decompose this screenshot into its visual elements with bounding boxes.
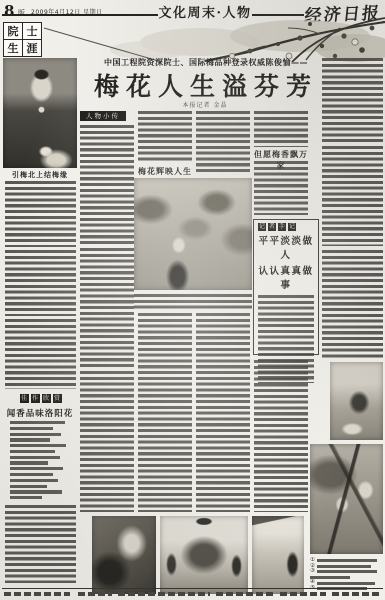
feature-tag: 佳 作 欣 赏 [5,394,76,403]
text-block [138,111,192,163]
orchard-photo [134,178,252,290]
text-block [5,181,76,247]
text-block [322,58,383,142]
footer-text-segment [280,592,326,596]
text-block [322,250,383,358]
text-block [5,250,76,316]
footer-text-segment [4,592,70,596]
portrait-photo [3,58,77,168]
headline-title: 梅花人生溢芬芳 [80,67,332,103]
orchard-photo-caption [134,294,252,309]
mid-subhead: 梅花辉映人生 [138,166,192,177]
feature-tag-char: 佳 [20,394,29,403]
feature-tag-char: 赏 [53,394,62,403]
text-block [5,505,76,583]
bottom-photo-2 [160,516,248,594]
text-block [80,248,134,368]
footer-text-segment [216,592,274,596]
footer-rule [2,588,383,589]
desk-photo [330,362,383,440]
plum-branch-art [0,16,385,62]
poem-text-block [10,421,72,502]
notes-title-line2: 认认真真做事 [258,263,314,291]
notes-tag-char: 手 [278,223,286,231]
feature-tag-char: 欣 [42,394,51,403]
bio-tag: 人物小传 [80,111,126,121]
text-block [322,146,383,246]
notes-tag-char: 者 [268,223,276,231]
notes-title-line1: 平平淡淡做人 [258,233,314,261]
feature-tag-char: 作 [31,394,40,403]
bottom-photo-1 [92,516,156,594]
text-block [5,319,76,389]
text-block [254,161,308,215]
text-block [254,360,308,512]
reporter-notes-box: 记 者 手 记 平平淡淡做人 认认真真做事 [253,219,319,355]
text-block [196,111,250,175]
feature-title: 闻香品味洛阳花 [3,407,77,419]
footer-text-segment [332,592,382,596]
notes-tag-char: 记 [258,223,266,231]
newspaper-page: 8 版 2009年4月12日 星期日 文化周末·人物 经济日报 院 士 生 涯 [0,0,385,600]
text-block [254,111,308,147]
byline: 本报记者 金晶 [80,100,330,109]
text-block [196,313,250,512]
notes-tag: 记 者 手 记 [258,223,314,231]
footer-text-segment [118,592,210,596]
photo-caption-list: ① ② ③ ④ ⑤ [310,558,383,592]
notes-tag-char: 记 [288,223,296,231]
portrait-caption: 引梅北上结梅缘 [3,170,77,180]
footer-text-segment [78,592,112,596]
text-block [80,125,134,245]
plum-group-photo [310,444,383,554]
text-block [138,313,192,512]
bottom-photo-3 [252,516,304,594]
text-block [80,371,134,512]
